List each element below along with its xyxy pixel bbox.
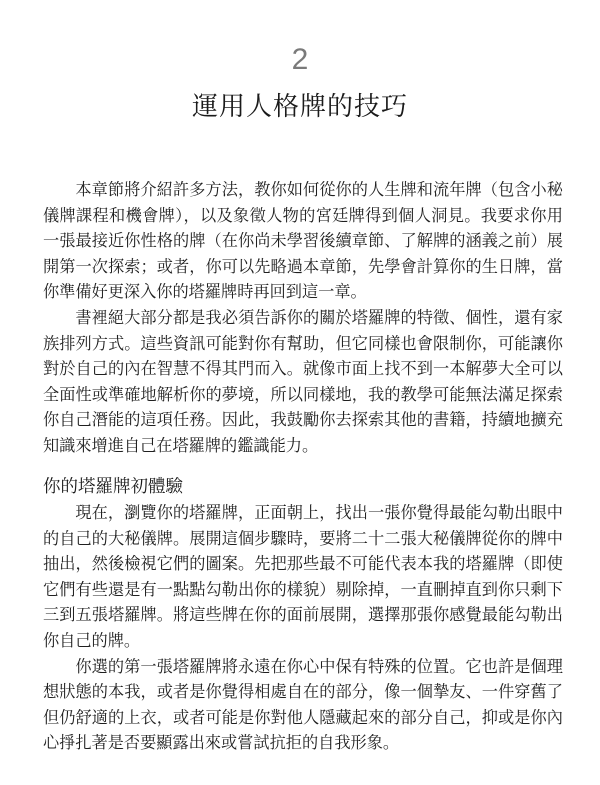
intro-text: 本章節將介紹許多方法，教你如何從你的人生牌和流年牌（包含小秘儀牌課程和機會牌），… <box>43 177 563 459</box>
paragraph: 現在，瀏覽你的塔羅牌，正面朝上，找出一張你覺得最能勾勒出眼中的自己的大秘儀牌。展… <box>43 500 563 654</box>
section-text: 現在，瀏覽你的塔羅牌，正面朝上，找出一張你覺得最能勾勒出眼中的自己的大秘儀牌。展… <box>43 500 563 756</box>
paragraph: 書裡絕大部分都是我必須告訴你的關於塔羅牌的特徵、個性，還有家族排列方式。這些資訊… <box>43 305 563 459</box>
chapter-number: 2 <box>0 42 600 78</box>
book-page: 2 運用人格牌的技巧 本章節將介紹許多方法，教你如何從你的人生牌和流年牌（包含小… <box>0 0 600 785</box>
chapter-title: 運用人格牌的技巧 <box>0 90 600 124</box>
paragraph: 本章節將介紹許多方法，教你如何從你的人生牌和流年牌（包含小秘儀牌課程和機會牌），… <box>43 177 563 305</box>
paragraph: 你選的第一張塔羅牌將永遠在你心中保有特殊的位置。它也許是個理想狀態的本我，或者是… <box>43 654 563 756</box>
section-heading: 你的塔羅牌初體驗 <box>43 474 183 500</box>
